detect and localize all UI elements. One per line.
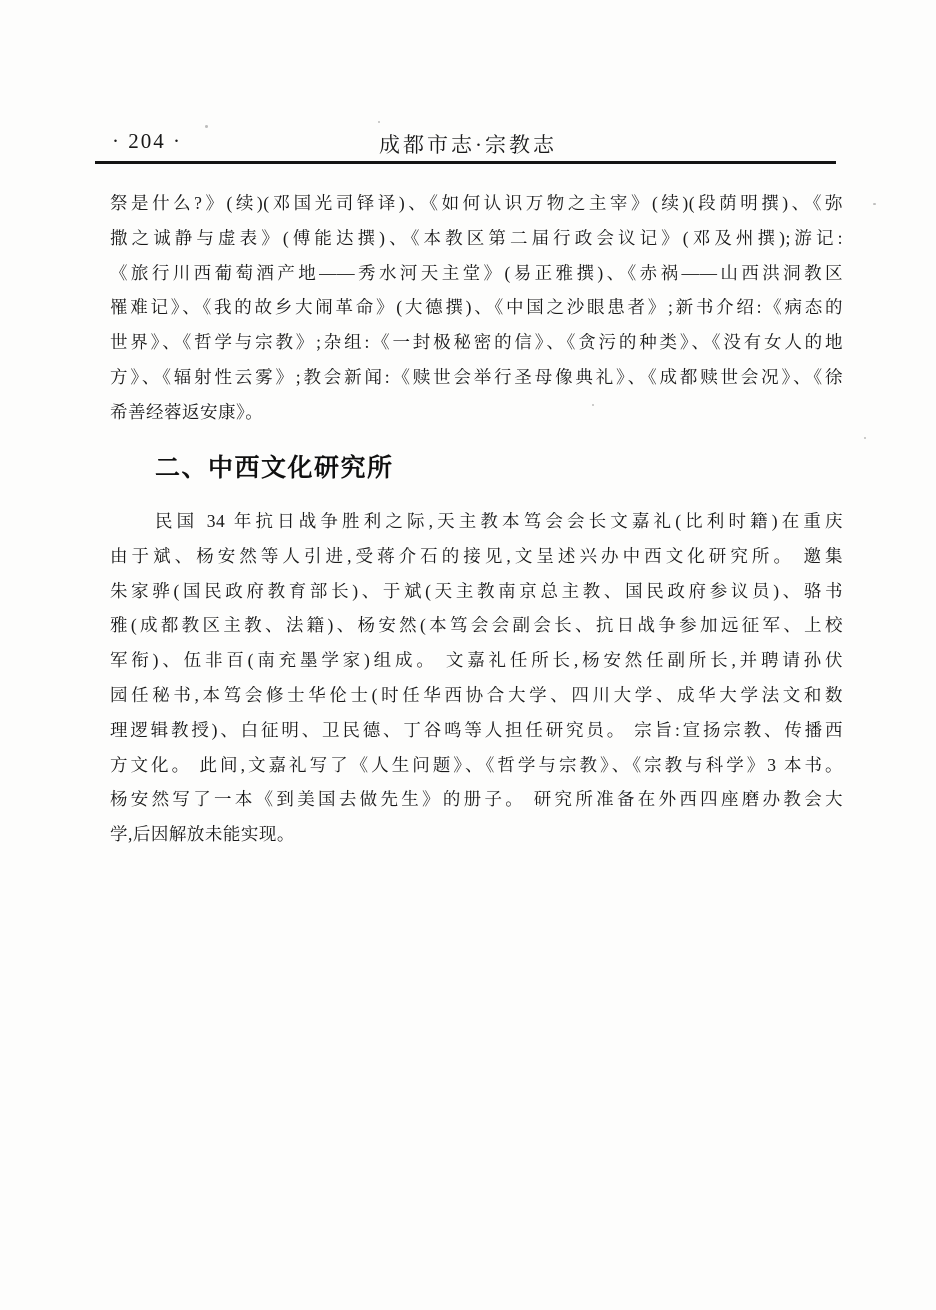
scan-speck xyxy=(864,437,866,439)
text-line: 理逻辑教授)、白征明、卫民德、丁谷鸣等人担任研究员。 宗旨:宣扬宗教、传播西 xyxy=(110,713,843,748)
text-line: 《旅行川西葡萄酒产地——秀水河天主堂》(易正雅撰)、《赤祸——山西洪洞教区 xyxy=(110,256,843,291)
scan-speck xyxy=(430,555,432,557)
text-line: 杨安然写了一本《到美国去做先生》的册子。 研究所准备在外西四座磨办教会大 xyxy=(110,782,843,817)
scanned-book-page: · 204 · 成都市志·宗教志 祭是什么?》(续)(邓国光司铎译)、《如何认识… xyxy=(0,0,936,1310)
text-line: 世界》、《哲学与宗教》;杂组:《一封极秘密的信》、《贪污的种类》、《没有女人的地 xyxy=(110,325,843,360)
text-line: 朱家骅(国民政府教育部长)、于斌(天主教南京总主教、国民政府参议员)、骆书 xyxy=(110,574,843,609)
text-line: 罹难记》、《我的故乡大闹革命》(大德撰)、《中国之沙眼患者》;新书介绍:《病态的 xyxy=(110,290,843,325)
text-line: 希善经蓉返安康》。 xyxy=(110,395,843,430)
text-line: 园任秘书,本笃会修士华伦士(时任华西协合大学、四川大学、成华大学法文和数 xyxy=(110,678,843,713)
text-line: 祭是什么?》(续)(邓国光司铎译)、《如何认识万物之主宰》(续)(段荫明撰)、《… xyxy=(110,186,843,221)
text-line: 撒之诚静与虚表》(傅能达撰)、《本教区第二届行政会议记》(邓及州撰);游记: xyxy=(110,221,843,256)
running-title: 成都市志·宗教志 xyxy=(0,129,936,159)
scan-speck xyxy=(592,404,594,406)
paragraph-2: 民国 34 年抗日战争胜利之际,天主教本笃会会长文嘉礼(比利时籍)在重庆 由于斌… xyxy=(110,504,843,852)
text-line: 由于斌、杨安然等人引进,受蒋介石的接见,文呈述兴办中西文化研究所。 邀集 xyxy=(110,539,843,574)
text-line: 民国 34 年抗日战争胜利之际,天主教本笃会会长文嘉礼(比利时籍)在重庆 xyxy=(110,504,843,539)
header-rule xyxy=(95,161,836,164)
scan-speck xyxy=(205,125,208,128)
text-line: 军衔)、伍非百(南充墨学家)组成。 文嘉礼任所长,杨安然任副所长,并聘请孙伏 xyxy=(110,643,843,678)
text-line: 雅(成都教区主教、法籍)、杨安然(本笃会会副会长、抗日战争参加远征军、上校 xyxy=(110,608,843,643)
paragraph-1: 祭是什么?》(续)(邓国光司铎译)、《如何认识万物之主宰》(续)(段荫明撰)、《… xyxy=(110,186,843,430)
scan-speck xyxy=(378,121,380,123)
section-heading: 二、中西文化研究所 xyxy=(155,448,394,484)
text-line: 方文化。 此间,文嘉礼写了《人生问题》、《哲学与宗教》、《宗教与科学》3 本书。 xyxy=(110,748,843,783)
text-line: 学,后因解放未能实现。 xyxy=(110,817,843,852)
scan-speck xyxy=(873,203,876,205)
text-line: 方》、《辐射性云雾》;教会新闻:《赎世会举行圣母像典礼》、《成都赎世会况》、《徐 xyxy=(110,360,843,395)
